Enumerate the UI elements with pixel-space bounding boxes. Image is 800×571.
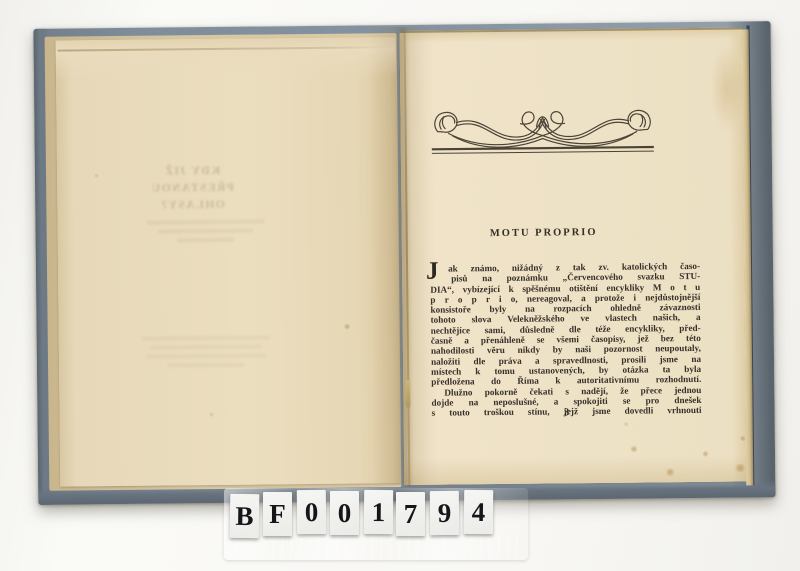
label-tile: 4 <box>464 490 493 534</box>
foxing-spot <box>702 451 709 457</box>
chapter-title: MOTU PROPRIO <box>402 226 686 240</box>
page-right-text: MOTU PROPRIO J ak známo, nižádný z tak z… <box>400 27 747 485</box>
binding-thread <box>405 380 410 408</box>
ghost-line: KDY JIŽ PŘESTANOU <box>127 163 257 198</box>
foxing-spot <box>344 324 351 330</box>
show-through-block <box>115 214 295 243</box>
label-tile: 1 <box>364 490 393 534</box>
label-tile: F <box>263 492 292 536</box>
foxing-spot <box>665 468 675 476</box>
edge-stain <box>710 43 745 133</box>
archival-photo: KDY JIŽ PŘESTANOU OHLASY? <box>0 0 800 571</box>
foxing-spot <box>630 446 638 453</box>
body-text: J ak známo, nižádný z tak zv. katolickýc… <box>430 261 702 418</box>
foxing-spot <box>624 422 629 427</box>
foxing-spot <box>94 173 99 178</box>
foxing-spot <box>209 412 215 417</box>
show-through-block <box>111 330 301 368</box>
page-left-blank: KDY JIŽ PŘESTANOU OHLASY? <box>56 37 401 487</box>
label-tile: 0 <box>297 490 326 534</box>
drop-cap: J <box>426 261 439 283</box>
open-book: KDY JIŽ PŘESTANOU OHLASY? <box>34 21 776 505</box>
catalog-label: B F 0 0 1 7 9 4 <box>224 486 574 568</box>
label-tile: 7 <box>396 492 425 536</box>
ghost-line: OHLASY? <box>127 197 257 215</box>
label-tile: 9 <box>430 491 459 535</box>
flyleaf-edge-line <box>58 46 392 51</box>
show-through-title: KDY JIŽ PŘESTANOU OHLASY? <box>127 163 258 215</box>
label-tile: B <box>230 494 260 538</box>
label-tile: 0 <box>330 491 359 535</box>
foxing-spot <box>734 463 746 472</box>
page-number: 3 <box>432 406 702 420</box>
art-nouveau-ornament-icon <box>430 104 655 156</box>
